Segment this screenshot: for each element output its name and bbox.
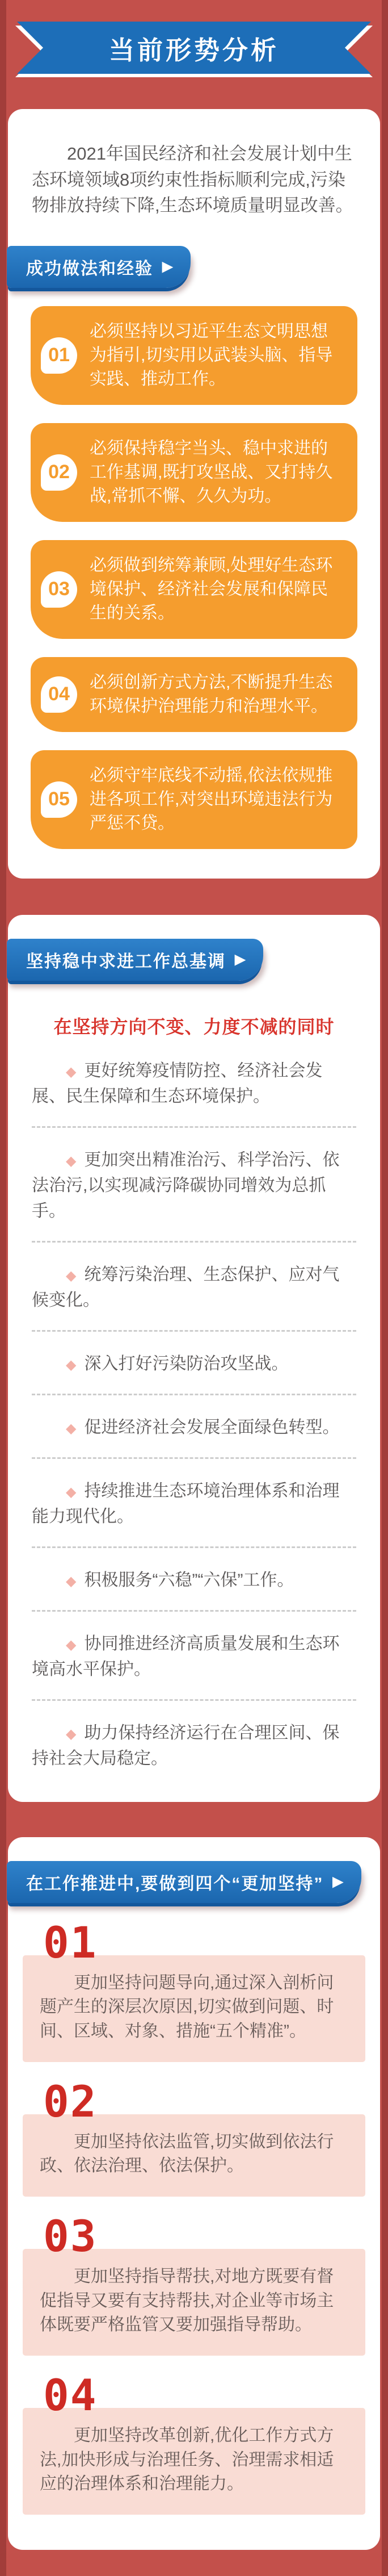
- item-number-badge: 05: [41, 781, 77, 818]
- left-edge-stripe: [0, 0, 6, 2576]
- item-number-badge: 03: [41, 571, 77, 608]
- section-tag-label: 坚持稳中求进工作总基调: [26, 947, 226, 972]
- item-number: 02: [43, 2081, 98, 2122]
- arrow-right-icon: ▶: [162, 260, 174, 274]
- item-text: 更加坚持指导帮扶,对地方既要有督促指导又要有支持帮扶,对企业等市场主体既要严格监…: [40, 2265, 348, 2337]
- item-number-badge: 04: [41, 676, 77, 713]
- bullet-item: ◆更加突出精准治污、科学治污、依法治污,以实现减污降碳协同增效为总抓手。: [32, 1147, 356, 1224]
- item-text: 更加坚持问题导向,通过深入剖析问题产生的深层次原因,切实做到问题、时间、区域、对…: [40, 1971, 348, 2044]
- bullet-text: 持续推进生态环境治理体系和治理能力现代化。: [32, 1482, 339, 1526]
- item-text: 必须创新方式方法,不断提升生态环境保护治理能力和治理水平。: [90, 671, 343, 718]
- dashed-divider: [32, 1699, 356, 1701]
- bullet-text: 深入打好污染防治攻坚战。: [84, 1354, 288, 1373]
- bullet-text: 统筹污染治理、生态保护、应对气候变化。: [32, 1265, 339, 1310]
- bullet-item: ◆积极服务“六稳”“六保”工作。: [32, 1567, 356, 1593]
- title-ribbon: 当前形势分析: [17, 22, 371, 74]
- bullet-item: ◆促进经济社会发展全面绿色转型。: [32, 1415, 356, 1440]
- diamond-icon: ◆: [66, 1153, 76, 1169]
- section-tag-label: 在工作推进中,要做到四个“更加坚持”: [26, 1870, 323, 1895]
- diamond-icon: ◆: [66, 1357, 76, 1373]
- list-item: 05 必须守牢底线不动摇,依法依规推进各项工作,对突出环境违法行为严惩不贷。: [31, 750, 357, 849]
- dashed-divider: [32, 1546, 356, 1548]
- item-text: 必须保持稳字当头、稳中求进的工作基调,既打攻坚战、又打持久战,常抓不懈、久久为功…: [90, 437, 343, 508]
- diamond-icon: ◆: [66, 1268, 76, 1283]
- item-number: 04: [43, 2375, 98, 2416]
- bullet-text: 更加突出精准治污、科学治污、依法治污,以实现减污降碳协同增效为总抓手。: [32, 1151, 339, 1220]
- bullet-text: 助力保持经济运行在合理区间、保持社会大局稳定。: [32, 1724, 339, 1768]
- arrow-right-icon: ▶: [235, 953, 246, 967]
- list-item: 04 更加坚持改革创新,优化工作方式方法,加快形成与治理任务、治理需求相适应的治…: [20, 2375, 368, 2515]
- sub-heading: 在坚持方向不变、力度不减的同时: [31, 1013, 357, 1039]
- bullet-item: ◆协同推进经济高质量发展和生态环境高水平保护。: [32, 1631, 356, 1682]
- diamond-icon: ◆: [66, 1421, 76, 1436]
- item-text: 必须坚持以习近平生态文明思想为指引,切实用以武装头脑、指导实践、推动工作。: [90, 320, 343, 391]
- dashed-divider: [32, 1394, 356, 1395]
- list-item: 02 必须保持稳字当头、稳中求进的工作基调,既打攻坚战、又打持久战,常抓不懈、久…: [31, 423, 357, 522]
- bullet-item: ◆更好统筹疫情防控、经济社会发展、民生保障和生态环境保护。: [32, 1058, 356, 1109]
- section-tag-four-adherences: 在工作推进中,要做到四个“更加坚持” ▶: [7, 1861, 361, 1903]
- diamond-icon: ◆: [66, 1637, 76, 1653]
- card-four-adherences: 在工作推进中,要做到四个“更加坚持” ▶ 01 更加坚持问题导向,通过深入剖析问…: [8, 1837, 380, 2550]
- diamond-icon: ◆: [66, 1726, 76, 1742]
- list-item: 03 必须做到统筹兼顾,处理好生态环境保护、经济社会发展和保障民生的关系。: [31, 540, 357, 639]
- dashed-divider: [32, 1241, 356, 1243]
- bullet-text: 促进经济社会发展全面绿色转型。: [84, 1418, 339, 1437]
- right-edge-stripe: [382, 0, 388, 2576]
- dashed-divider: [32, 1610, 356, 1612]
- diamond-icon: ◆: [66, 1574, 76, 1589]
- bullet-text: 积极服务“六稳”“六保”工作。: [84, 1571, 294, 1590]
- card-success-practices: 2021年国民经济和社会发展计划中生态环境领域8项约束性指标顺利完成,污染物排放…: [8, 109, 380, 879]
- bullet-text: 协同推进经济高质量发展和生态环境高水平保护。: [32, 1634, 339, 1679]
- dashed-divider: [32, 1457, 356, 1459]
- item-number-badge: 01: [41, 337, 77, 374]
- list-item: 03 更加坚持指导帮扶,对地方既要有督促指导又要有支持帮扶,对企业等市场主体既要…: [20, 2216, 368, 2356]
- item-text: 必须守牢底线不动摇,依法依规推进各项工作,对突出环境违法行为严惩不贷。: [90, 764, 343, 835]
- item-text: 更加坚持依法监管,切实做到依法行政、依法治理、依法保护。: [40, 2130, 348, 2178]
- item-text: 必须做到统筹兼顾,处理好生态环境保护、经济社会发展和保障民生的关系。: [90, 554, 343, 625]
- page-title: 当前形势分析: [17, 22, 371, 74]
- diamond-icon: ◆: [66, 1484, 76, 1500]
- list-item: 04 必须创新方式方法,不断提升生态环境保护治理能力和治理水平。: [31, 657, 357, 732]
- section-tag-worktone: 坚持稳中求进工作总基调 ▶: [7, 939, 263, 981]
- item-text-box: 更加坚持指导帮扶,对地方既要有督促指导又要有支持帮扶,对企业等市场主体既要严格监…: [23, 2249, 365, 2356]
- item-text: 更加坚持改革创新,优化工作方式方法,加快形成与治理任务、治理需求相适应的治理体系…: [40, 2424, 348, 2496]
- bullet-item: ◆统筹污染治理、生态保护、应对气候变化。: [32, 1262, 356, 1313]
- infographic-poster: 当前形势分析 2021年国民经济和社会发展计划中生态环境领域8项约束性指标顺利完…: [0, 0, 388, 2576]
- bullet-item: ◆深入打好污染防治攻坚战。: [32, 1351, 356, 1377]
- section-tag-label: 成功做法和经验: [26, 254, 153, 279]
- list-item: 02 更加坚持依法监管,切实做到依法行政、依法治理、依法保护。: [20, 2081, 368, 2197]
- item-number: 01: [43, 1922, 98, 1963]
- dashed-divider: [32, 1126, 356, 1128]
- dashed-divider: [32, 1330, 356, 1332]
- bullet-item: ◆持续推进生态环境治理体系和治理能力现代化。: [32, 1478, 356, 1529]
- item-text-box: 更加坚持问题导向,通过深入剖析问题产生的深层次原因,切实做到问题、时间、区域、对…: [23, 1955, 365, 2062]
- item-number-badge: 02: [41, 454, 77, 491]
- bullet-item: ◆助力保持经济运行在合理区间、保持社会大局稳定。: [32, 1720, 356, 1771]
- diamond-icon: ◆: [66, 1064, 76, 1080]
- item-number: 03: [43, 2216, 98, 2257]
- list-item: 01 更加坚持问题导向,通过深入剖析问题产生的深层次原因,切实做到问题、时间、区…: [20, 1922, 368, 2062]
- item-text-box: 更加坚持改革创新,优化工作方式方法,加快形成与治理任务、治理需求相适应的治理体系…: [23, 2408, 365, 2515]
- arrow-right-icon: ▶: [332, 1875, 344, 1889]
- card-worktone: 坚持稳中求进工作总基调 ▶ 在坚持方向不变、力度不减的同时 ◆更好统筹疫情防控、…: [8, 915, 380, 1802]
- intro-paragraph: 2021年国民经济和社会发展计划中生态环境领域8项约束性指标顺利完成,污染物排放…: [32, 141, 356, 219]
- section-tag-success: 成功做法和经验 ▶: [7, 246, 191, 288]
- list-item: 01 必须坚持以习近平生态文明思想为指引,切实用以武装头脑、指导实践、推动工作。: [31, 306, 357, 405]
